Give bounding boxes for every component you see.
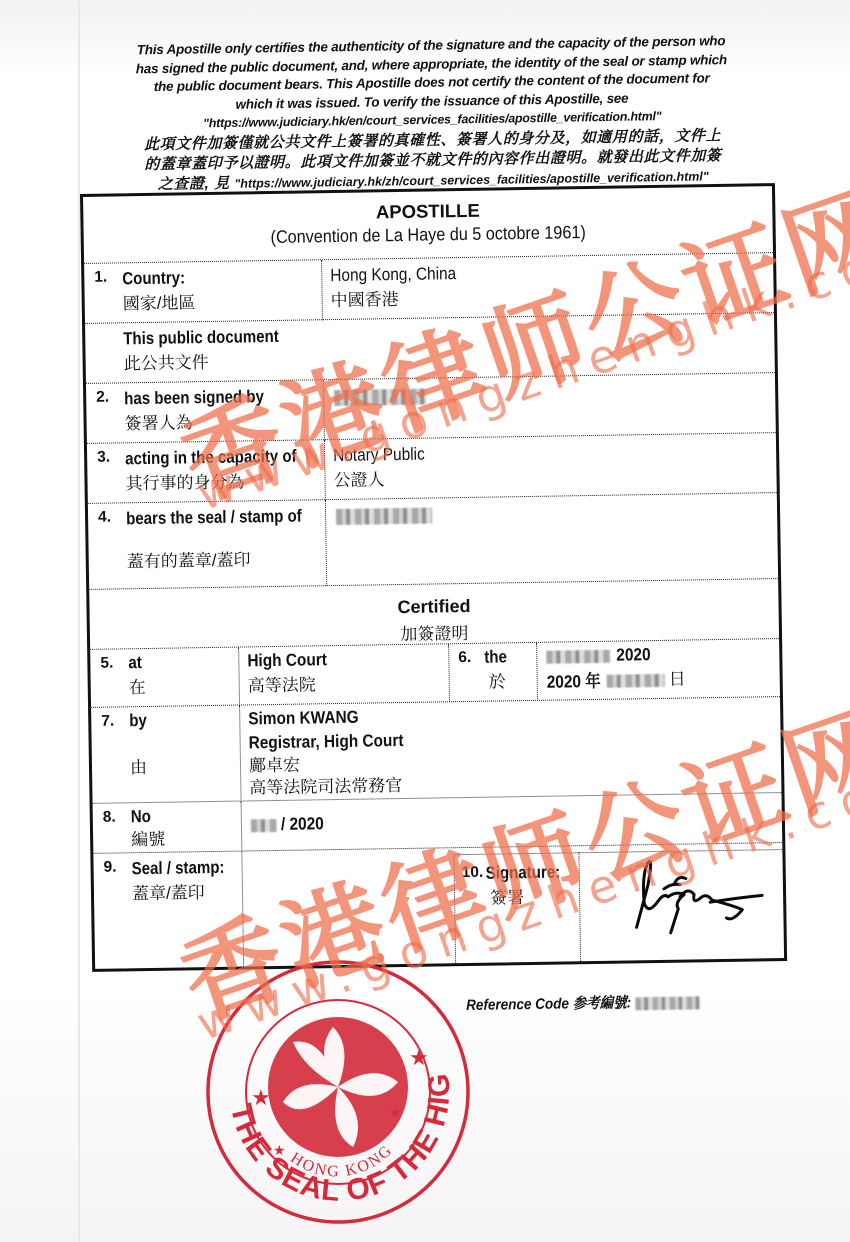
page-edge [78,0,80,1242]
field-number: 4. [98,509,111,527]
field-label: has been signed by [124,385,264,410]
field-label: No [131,805,151,828]
column-divider [453,854,456,963]
field-value: High Court [247,648,327,672]
redacted-signer-name [334,389,426,406]
field-label-zh: 蓋章/蓋印 [132,882,205,905]
column-divider [448,644,450,702]
redacted-date-zh [607,674,665,688]
column-divider [239,706,242,802]
field-label: Country: [122,266,185,290]
date-zh-year: 2020 年 [547,670,601,694]
registrar-name: Simon KWANG [248,706,359,731]
field-by: 7. by 由 Simon KWANG Registrar, High Cour… [91,696,781,804]
date-year: 2020 [616,643,651,667]
column-divider [325,500,327,586]
redacted-apostille-number [251,819,277,832]
field-value-zh: 中國香港 [331,289,399,312]
field-label: Seal / stamp: [131,856,224,880]
column-divider [323,380,325,440]
field-number: 7. [101,713,114,731]
field-label: by [129,709,147,732]
field-number: 8. [103,809,116,827]
svg-text:★: ★ [389,1105,402,1121]
field-number: 2. [96,389,109,407]
handwritten-signature [613,843,775,946]
field-number: 1. [94,269,107,287]
field-label-zh: 編號 [131,829,165,852]
column-divider [238,648,240,706]
apostille-form: APOSTILLE (Convention de La Haye du 5 oc… [80,183,787,972]
registrar-name-zh: 鄺卓宏 [249,755,300,778]
redacted-seal-name [336,508,432,526]
field-value-zh: 公證人 [333,469,384,492]
field-label-zh: 此公共文件 [124,352,209,375]
column-divider [578,852,581,961]
form-header: APOSTILLE (Convention de La Haye du 5 oc… [83,186,773,263]
field-label-zh: 在 [129,677,146,699]
column-divider [324,440,326,500]
apostille-number-year: / 2020 [281,812,324,836]
reference-code-label: Reference Code 参考編號: [466,994,631,1014]
reference-code: Reference Code 参考編號: [466,990,700,1015]
apostille-disclaimer: This Apostille only certifies the authen… [96,31,768,195]
field-label-zh: 簽署 [490,887,524,910]
field-label-zh: 簽署人為 [124,412,192,435]
registrar-title: Registrar, High Court [248,729,403,754]
field-label-zh: 由 [130,757,147,779]
redacted-date-day-month [546,650,610,664]
field-label: the [484,645,507,668]
field-label-zh: 國家/地區 [123,292,196,315]
field-label: bears the seal / stamp of [126,505,302,531]
column-divider [536,643,538,701]
field-value: Notary Public [333,443,425,467]
column-divider [241,852,244,967]
high-court-seal: ★ ★ ★ ★ THE SEAL OF THE HIGH COURT HONG … [203,957,473,1227]
field-label: acting in the capacity of [125,445,297,471]
svg-text:★: ★ [409,1046,429,1071]
field-value-zh: 高等法院 [248,674,316,697]
date-zh-suffix: 日 [669,669,686,691]
field-value: Hong Kong, China [330,262,456,287]
column-divider [241,802,243,852]
field-number: 10. [462,864,484,882]
field-number: 5. [100,655,113,673]
field-number: 3. [97,449,110,467]
field-seal-signature: 9. Seal / stamp: 蓋章/蓋印 10. Signature: 簽署 [93,842,784,969]
field-number: 6. [458,649,471,667]
field-seal-of: 4. bears the seal / stamp of 蓋有的蓋章/蓋印 [88,492,778,590]
field-label-zh: 蓋有的蓋章/蓋印 [127,549,251,573]
field-label: at [128,651,142,674]
column-divider [321,260,323,320]
field-label: Signature: [486,861,561,885]
redacted-reference-code [635,996,700,1010]
field-label-zh: 於 [489,671,506,693]
registrar-title-zh: 高等法院司法常務官 [249,775,402,799]
field-number: 9. [103,859,116,877]
field-label: This public document [123,325,279,350]
field-label-zh: 其行事的身分為 [125,471,244,495]
disclaimer-zh-prefix: 之查證, 見 [158,174,235,192]
